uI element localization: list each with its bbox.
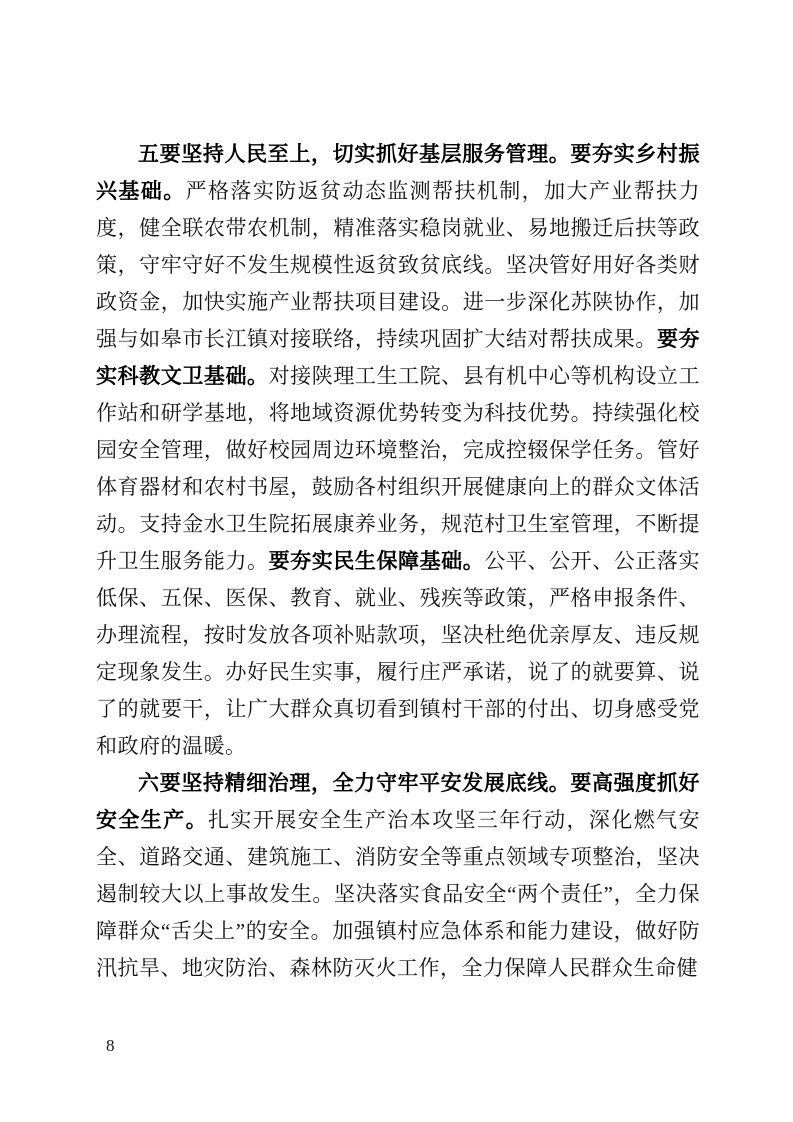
document-body: 五要坚持人民至上，切实抓好基层服务管理。要夯实乡村振兴基础。严格落实防返贫动态监… bbox=[96, 136, 700, 987]
body-text-livelihood-security: 公平、公开、公正落实低保、五保、医保、教育、就业、残疾等政策，严格申报条件、办理… bbox=[96, 549, 700, 758]
body-text-work-safety: 扎实开展安全生产治本攻坚三年行动，深化燃气安全、道路交通、建筑施工、消防安全等重… bbox=[96, 808, 700, 980]
paragraph-six: 六要坚持精细治理，全力守牢平安发展底线。要高强度抓好安全生产。扎实开展安全生产治… bbox=[96, 765, 700, 987]
bold-heading-run-livelihood-security: 要夯实民生保障基础。 bbox=[269, 549, 485, 573]
body-text-rural-revitalization: 严格落实防返贫动态监测帮扶机制，加大产业帮扶力度，健全联农带农机制，精准落实稳岗… bbox=[96, 179, 700, 351]
page-number: 8 bbox=[106, 1036, 115, 1056]
body-text-science-education-culture-health: 对接陕理工生工院、县有机中心等机构设立工作站和研学基地，将地域资源优势转变为科技… bbox=[96, 364, 700, 573]
paragraph-five: 五要坚持人民至上，切实抓好基层服务管理。要夯实乡村振兴基础。严格落实防返贫动态监… bbox=[96, 136, 700, 765]
document-page: 五要坚持人民至上，切实抓好基层服务管理。要夯实乡村振兴基础。严格落实防返贫动态监… bbox=[0, 0, 793, 1122]
